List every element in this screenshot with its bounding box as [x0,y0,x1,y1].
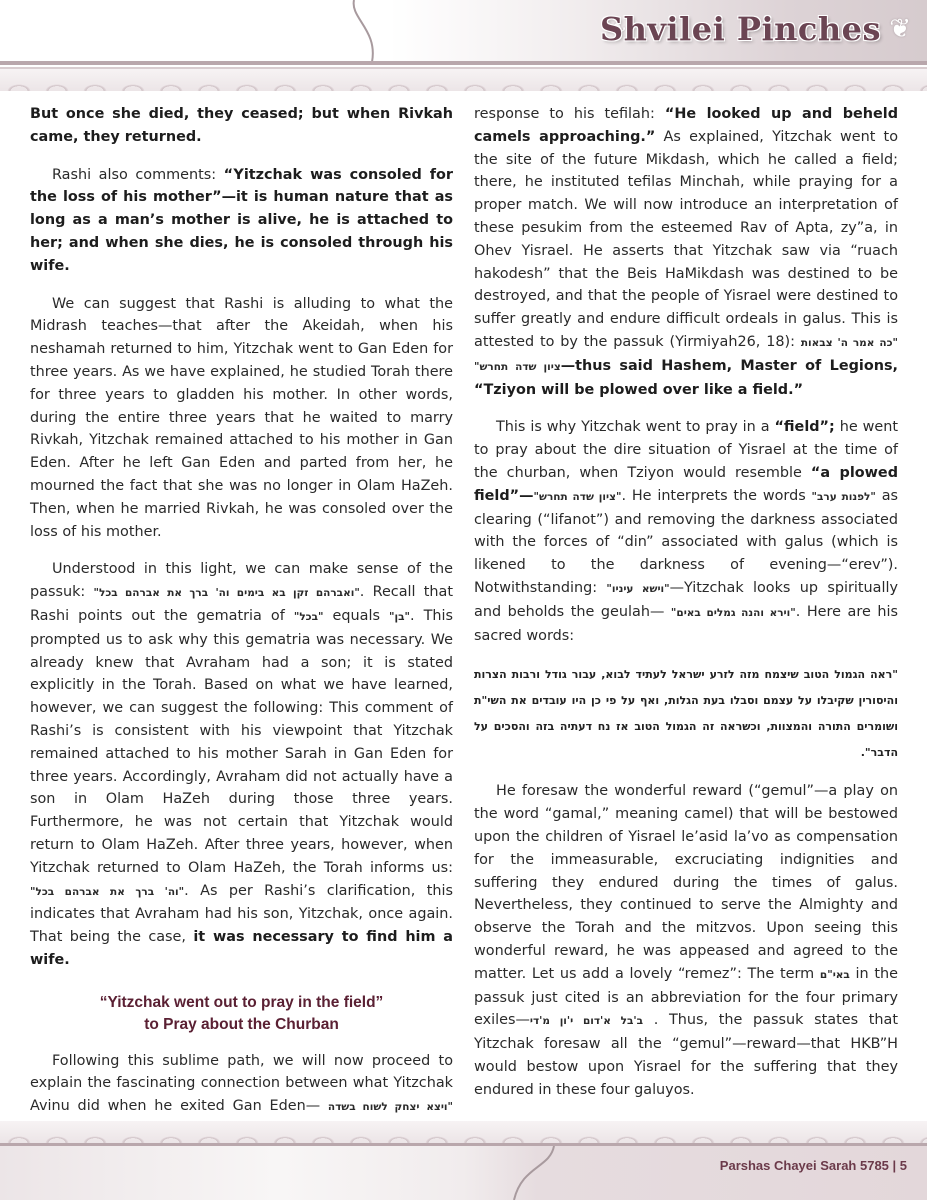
text: This is why Yitzchak went to pray in a [496,419,774,435]
bold-text: “field”; [774,419,834,435]
hebrew-quote: באי"ם [820,969,850,981]
publication-title: Shvilei Pinches [600,10,881,48]
bold-text: But once she died, they ceased; but when… [30,106,453,145]
page-footer-label: Parshas Chayei Sarah 5785 | 5 [720,1158,907,1173]
paragraph: But once she died, they ceased; but when… [30,103,453,149]
hebrew-quote: "בכל" [294,611,324,623]
hebrew-quote: "ציון שדה תחרש" [534,491,622,503]
section-heading-line: to Pray about the Churban [30,1014,453,1036]
hebrew-quote: ב'בל א'דום י'ון מ'די [530,1015,643,1027]
text: equals [324,608,390,624]
header-curve-decoration [330,0,390,62]
hebrew-block-quote: "ראה הגמול הטוב שיצמח מזה לזרע ישראל לעת… [474,662,898,766]
hebrew-quote: "לפנות ערב" [812,491,876,503]
right-column: response to his tefilah: “He looked up a… [474,103,898,1116]
paragraph: He foresaw the wonderful reward (“gemul”… [474,780,898,1101]
paragraph: We can suggest that Rashi is alluding to… [30,293,453,544]
header-rule [0,61,927,65]
hebrew-quote: "וישא עיניו" [606,583,669,595]
footer-background [0,1146,927,1200]
swirl-ornament-icon: ❦ [889,14,911,44]
section-heading-line: “Yitzchak went out to pray in the field” [30,992,453,1014]
text: Rashi also comments: [52,167,224,183]
ornamental-border-bottom [0,1121,927,1143]
hebrew-quote: "ואברהם זקן בא בימים וה' ברך את אברהם בכ… [94,587,360,599]
paragraph: Rashi also comments: “Yitzchak was conso… [30,164,453,278]
paragraph: response to his tefilah: “He looked up a… [474,103,898,401]
left-column: But once she died, they ceased; but when… [30,103,453,1158]
footer-curve-decoration [500,1146,560,1200]
text: . This prompted us to ask why this gemat… [30,608,453,876]
text: response to his tefilah: [474,106,665,122]
ornamental-border-top [0,69,927,91]
hebrew-quote: "בן" [389,611,410,623]
paragraph: Understood in this light, we can make se… [30,558,453,971]
hebrew-quote: "וה' ברך את אברהם בכל" [30,886,184,898]
paragraph: This is why Yitzchak went to pray in a “… [474,416,898,647]
text: . He interprets the words [621,488,811,504]
text: As explained, Yitzchak went to the site … [474,129,898,350]
section-heading: “Yitzchak went out to pray in the field”… [30,992,453,1036]
text: He foresaw the wonderful reward (“gemul”… [474,783,898,981]
hebrew-quote: "וירא והנה גמלים באים" [671,607,796,619]
